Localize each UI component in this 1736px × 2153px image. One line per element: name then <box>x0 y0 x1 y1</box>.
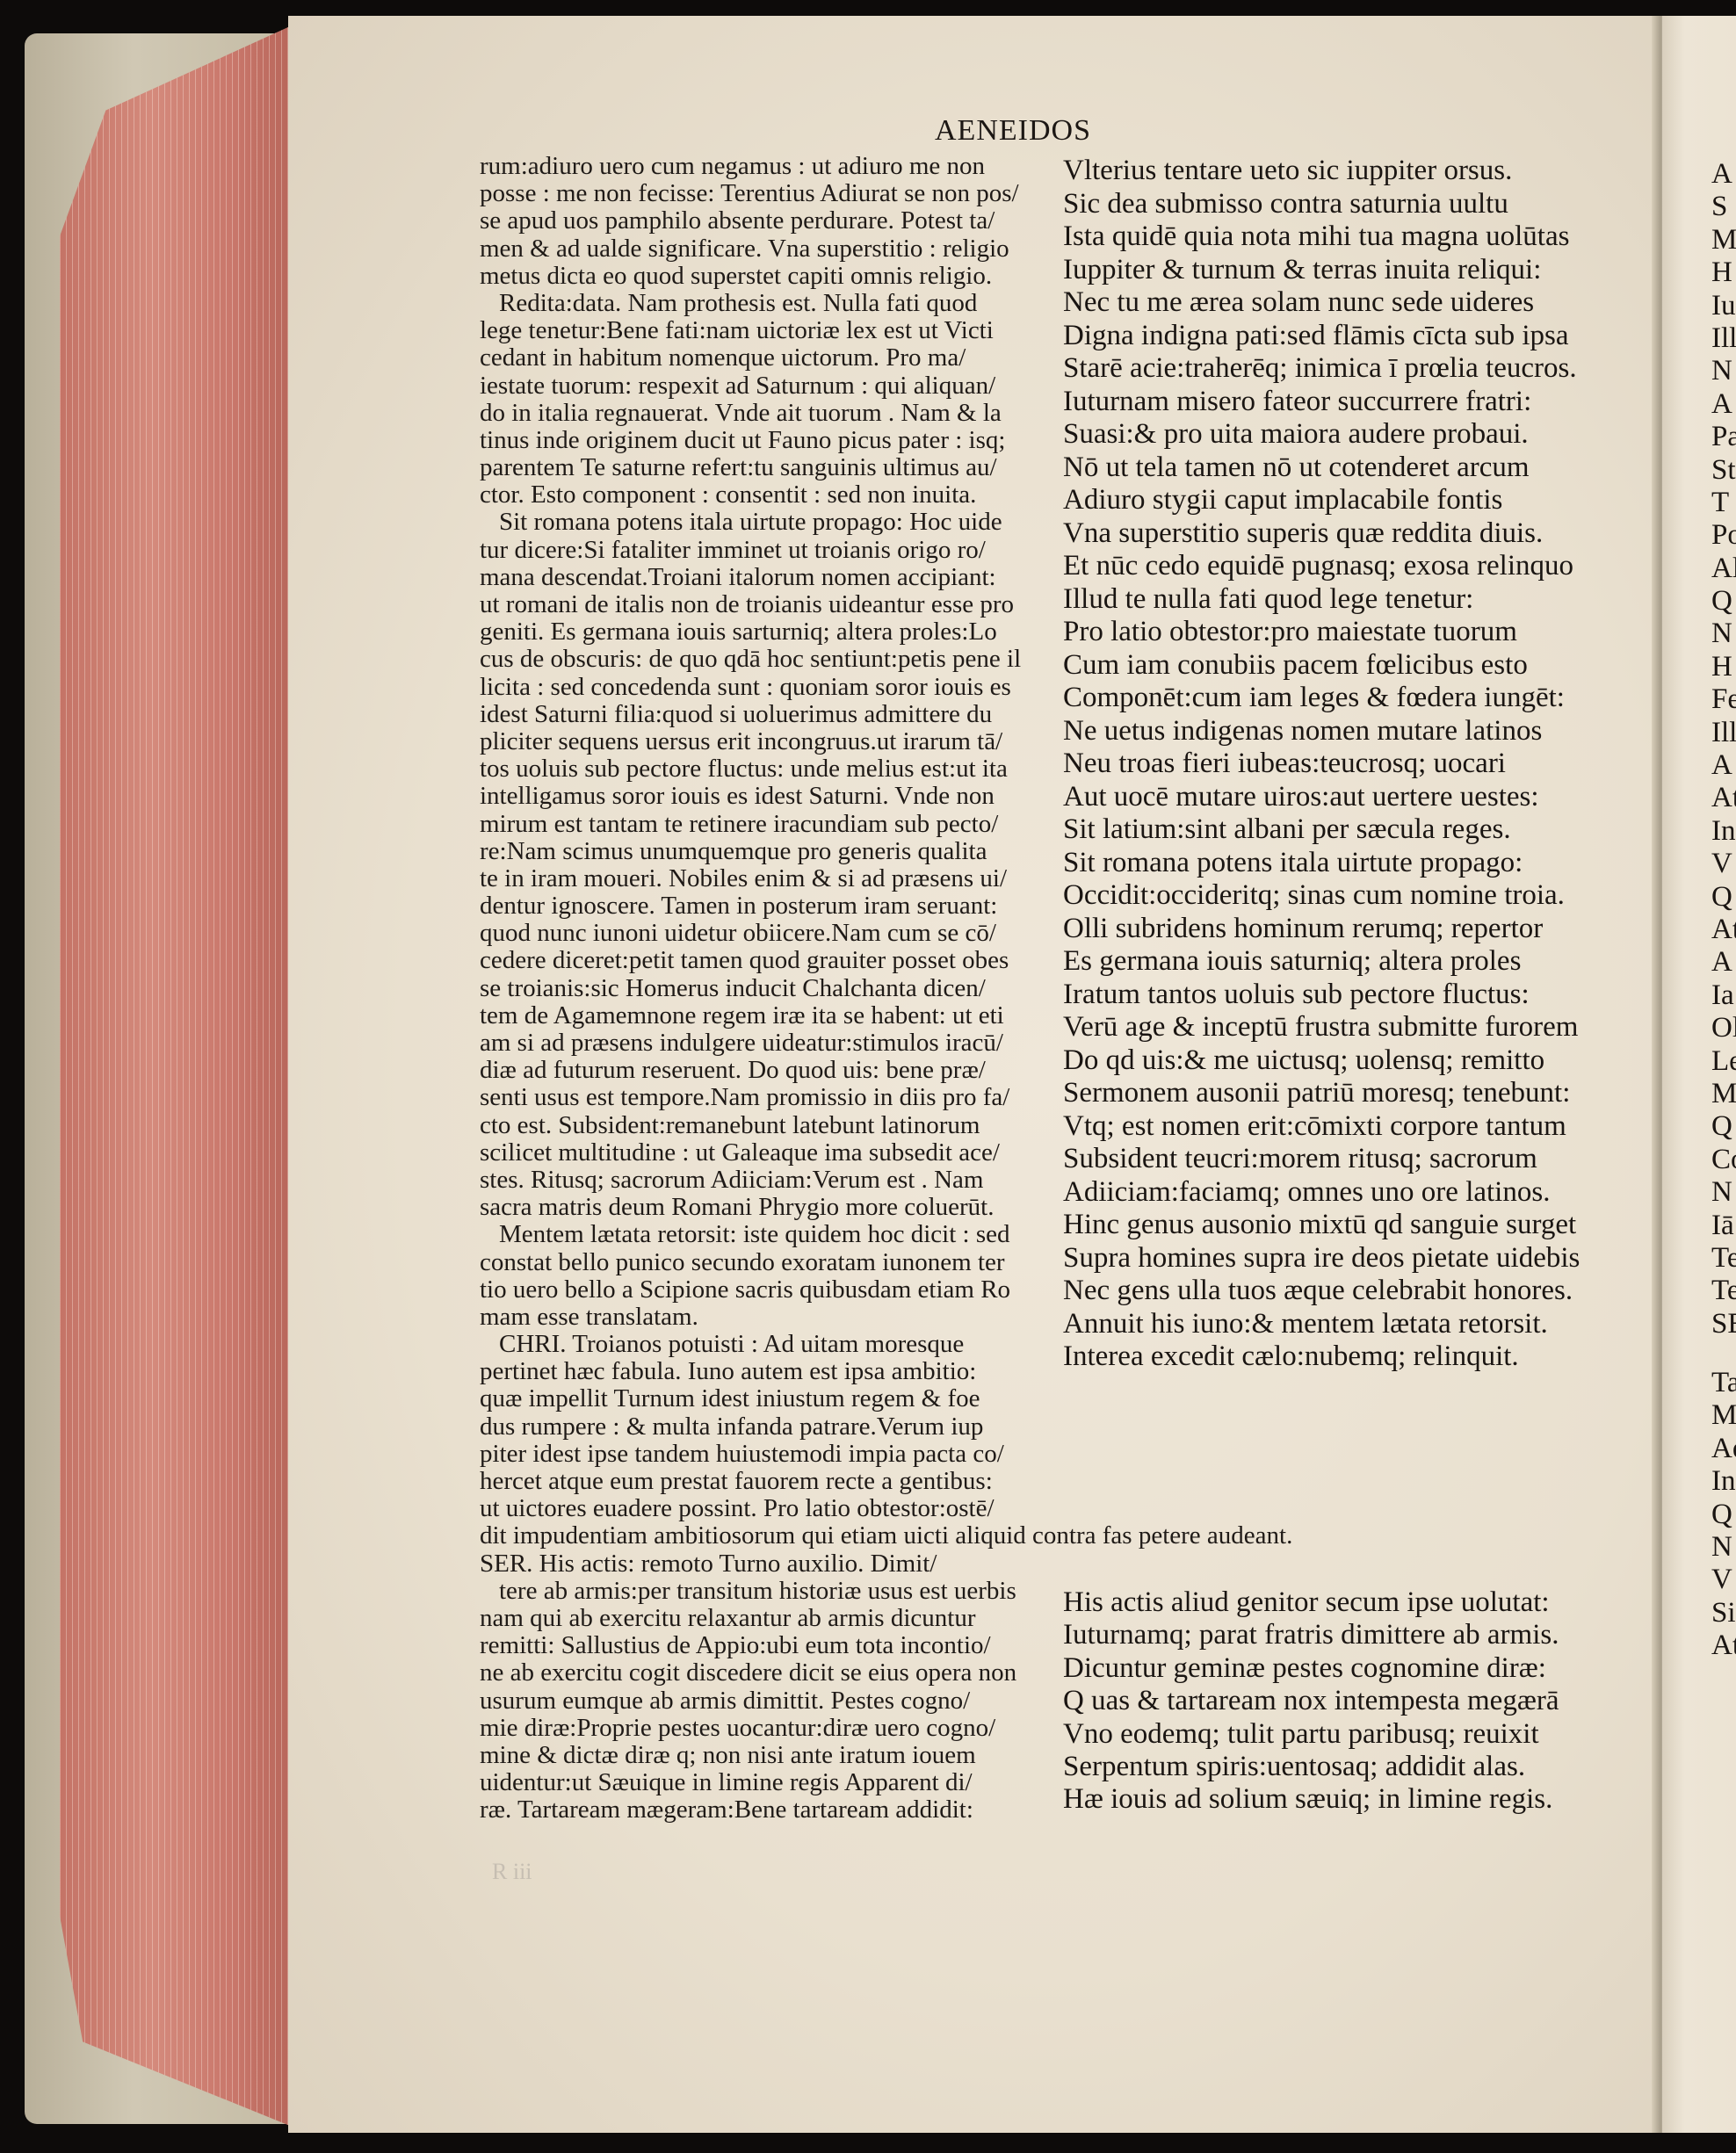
commentary-line: intelligamus soror iouis es idest Saturn… <box>480 783 1052 810</box>
verse-line: Neu troas fieri iubeas:teucrosq; uocari <box>1063 748 1625 781</box>
verse-line: Iuturnamq; parat fratris dimittere ab ar… <box>1063 1619 1625 1651</box>
next-page-line-fragment: Iu <box>1711 290 1736 322</box>
commentary-line: ctor. Esto component : consentit : sed n… <box>480 481 1052 509</box>
next-page-line-fragment: Le <box>1711 1045 1736 1078</box>
verse-column-upper: Vlterius tentare ueto sic iuppiter orsus… <box>1063 155 1625 1374</box>
commentary-line: am si ad præsens indulgere uideatur:stim… <box>480 1030 1052 1057</box>
next-page-line-fragment: H <box>1711 651 1736 683</box>
commentary-line: sacra matris deum Romani Phrygio more co… <box>480 1194 1052 1221</box>
commentary-line: tur dicere:Si fataliter imminet ut troia… <box>480 537 1052 564</box>
next-page-text: ASMHIuIllNAPaStTPoAlQNHFeIllAAtInVQAtAIa… <box>1711 158 1736 1663</box>
next-page-line-fragment: A <box>1711 158 1736 191</box>
commentary-line: re:Nam scimus unumquemque pro generis qu… <box>480 838 1052 865</box>
next-page-line-fragment: Te <box>1711 1242 1736 1275</box>
commentary-line: uidentur:ut Sæuique in limine regis Appa… <box>480 1769 1052 1796</box>
verse-line: Iratum tantos uoluis sub pectore fluctus… <box>1063 979 1625 1012</box>
verse-line: Iuturnam misero fateor succurrere fratri… <box>1063 386 1625 419</box>
next-page-line-fragment: Te <box>1711 1275 1736 1307</box>
next-page-line-fragment: At <box>1711 782 1736 814</box>
next-page-line-fragment: Pa <box>1711 421 1736 453</box>
commentary-line: hercet atque eum prestat fauorem recte a… <box>480 1468 1052 1495</box>
commentary-line: cto est. Subsident:remanebunt latebunt l… <box>480 1112 1052 1139</box>
verse-line: Vlterius tentare ueto sic iuppiter orsus… <box>1063 155 1625 188</box>
commentary-line: metus dicta eo quod superstet capiti omn… <box>480 263 1052 290</box>
commentary-line: pertinet hæc fabula. Iuno autem est ipsa… <box>480 1358 1052 1385</box>
verse-line: Illud te nulla fati quod lege tenetur: <box>1063 583 1625 617</box>
verse-line: Et nūc cedo equidē pugnasq; exosa relinq… <box>1063 550 1625 583</box>
verse-line: Dicuntur geminæ pestes cognomine diræ: <box>1063 1652 1625 1685</box>
verse-line: Interea excedit cælo:nubemq; relinquit. <box>1063 1340 1625 1374</box>
next-page-line-fragment: Q <box>1711 881 1736 914</box>
next-page-line-fragment: N <box>1711 618 1736 650</box>
commentary-line: SER. His actis: remoto Turno auxilio. Di… <box>480 1550 1052 1578</box>
next-page-line-fragment: V <box>1711 1564 1736 1596</box>
next-page-line-fragment: N <box>1711 355 1736 387</box>
commentary-line: mana descendat.Troiani italorum nomen ac… <box>480 564 1052 591</box>
next-page-line-fragment: V <box>1711 848 1736 880</box>
next-page-line-fragment: At <box>1711 914 1736 946</box>
commentary-line: mine & dictæ diræ q; non nisi ante iratu… <box>480 1742 1052 1769</box>
commentary-line: nam qui ab exercitu relaxantur ab armis … <box>480 1605 1052 1632</box>
commentary-line: ut romani de italis non de troianis uide… <box>480 591 1052 618</box>
next-page-line-fragment: Q <box>1711 1110 1736 1143</box>
verse-column-lower: His actis aliud genitor secum ipse uolut… <box>1063 1586 1625 1817</box>
commentary-line: lege tenetur:Bene fati:nam uictoriæ lex … <box>480 317 1052 344</box>
next-page-line-fragment: SE <box>1711 1308 1736 1340</box>
next-page-line-fragment: A <box>1711 749 1736 782</box>
commentary-line: stes. Ritusq; sacrorum Adiiciam:Verum es… <box>480 1167 1052 1194</box>
next-page-line-fragment: Ae <box>1711 1433 1736 1465</box>
verse-line: Subsident teucri:morem ritusq; sacrorum <box>1063 1143 1625 1176</box>
verse-line: Suasi:& pro uita maiora audere probaui. <box>1063 418 1625 452</box>
commentary-line: cedant in habitum nomenque uictorum. Pro… <box>480 344 1052 372</box>
verse-line: Sic dea submisso contra saturnia uultu <box>1063 188 1625 221</box>
commentary-line: do in italia regnauerat. Vnde ait tuorum… <box>480 400 1052 427</box>
next-page-line-fragment: Co <box>1711 1144 1736 1176</box>
commentary-line: tere ab armis:per transitum historiæ usu… <box>480 1578 1052 1605</box>
verse-line: Starē acie:traherēq; inimica ī prœlia te… <box>1063 352 1625 386</box>
commentary-line: parentem Te saturne refert:tu sanguinis … <box>480 454 1052 481</box>
next-page-line-fragment: H <box>1711 256 1736 289</box>
commentary-line: tinus inde originem ducit ut Fauno picus… <box>480 427 1052 454</box>
commentary-line: quæ impellit Turnum idest iniustum regem… <box>480 1385 1052 1412</box>
verse-line: Iuppiter & turnum & terras inuita reliqu… <box>1063 254 1625 287</box>
next-page-line-fragment: Ill <box>1711 717 1736 749</box>
verse-line: Serpentum spiris:uentosaq; addidit alas. <box>1063 1751 1625 1783</box>
commentary-line: mam esse translatam. <box>480 1304 1052 1331</box>
commentary-line: cedere diceret:petit tamen quod grauiter… <box>480 947 1052 974</box>
next-page-line-fragment: N <box>1711 1531 1736 1564</box>
commentary-line: diæ ad futurum reseruent. Do quod uis: b… <box>480 1057 1052 1084</box>
verse-line: Hæ iouis ad solium sæuiq; in limine regi… <box>1063 1783 1625 1816</box>
next-page-line-fragment: St <box>1711 454 1736 487</box>
next-page-line-fragment: Al <box>1711 553 1736 585</box>
next-page-line-fragment: Po <box>1711 519 1736 552</box>
commentary-line: idest Saturni filia:quod si uoluerimus a… <box>480 701 1052 728</box>
commentary-line: rum:adiuro uero cum negamus : ut adiuro … <box>480 153 1052 180</box>
next-page-line-fragment: Ol <box>1711 1012 1736 1044</box>
red-stained-page-edges <box>60 26 290 2126</box>
next-page-line-fragment: Iā <box>1711 1210 1736 1242</box>
verse-line: Q uas & tartaream nox intempesta megærā <box>1063 1685 1625 1717</box>
commentary-line: licita : sed concedenda sunt : quoniam s… <box>480 674 1052 701</box>
commentary-line: quod nunc iunoni uidetur obiicere.Nam cu… <box>480 920 1052 947</box>
next-page-line-fragment: T <box>1711 487 1736 519</box>
commentary-line: mirum est tantam te retinere iracundiam … <box>480 811 1052 838</box>
commentary-line: Redita:data. Nam prothesis est. Nulla fa… <box>480 290 1052 317</box>
commentary-line: posse : me non fecisse: Terentius Adiura… <box>480 180 1052 207</box>
next-page-line-fragment: A <box>1711 388 1736 421</box>
commentary-line: dus rumpere : & multa infanda patrare.Ve… <box>480 1413 1052 1441</box>
verse-line: His actis aliud genitor secum ipse uolut… <box>1063 1586 1625 1619</box>
verse-line: Sermonem ausonii patriū moresq; tenebunt… <box>1063 1077 1625 1110</box>
next-page-line-fragment: S <box>1711 191 1736 223</box>
next-page-line-fragment: A <box>1711 946 1736 979</box>
commentary-line: cus de obscuris: de quo qdā hoc sentiunt… <box>480 646 1052 673</box>
verse-line: Ne uetus indigenas nomen mutare latinos <box>1063 715 1625 748</box>
commentary-line: mie diræ:Proprie pestes uocantur:diræ ue… <box>480 1715 1052 1742</box>
verse-line: Vna superstitio superis quæ reddita diui… <box>1063 517 1625 551</box>
verse-line: Aut uocē mutare uiros:aut uertere uestes… <box>1063 781 1625 814</box>
next-page-line-fragment: At <box>1711 1629 1736 1662</box>
running-head: AENEIDOS <box>935 114 1091 148</box>
commentary-line: ut uictores euadere possint. Pro latio o… <box>480 1495 1052 1522</box>
commentary-line: senti usus est tempore.Nam promissio in … <box>480 1084 1052 1111</box>
commentary-line: ne ab exercitu cogit discedere dicit se … <box>480 1659 1052 1687</box>
verse-line: Vtq; est nomen erit:cōmixti corpore tant… <box>1063 1110 1625 1144</box>
next-page-line-fragment: Q <box>1711 1499 1736 1531</box>
verse-line: Do qd uis:& me uictusq; uolensq; remitto <box>1063 1044 1625 1078</box>
commentary-line: remitti: Sallustius de Appio:ubi eum tot… <box>480 1632 1052 1659</box>
verse-line: Nec gens ulla tuos æque celebrabit honor… <box>1063 1275 1625 1308</box>
commentary-line: men & ad ualde significare. Vna supersti… <box>480 235 1052 263</box>
verse-line: Adiiciam:faciamq; omnes uno ore latinos. <box>1063 1176 1625 1210</box>
commentary-line: tos uoluis sub pectore fluctus: unde mel… <box>480 755 1052 783</box>
commentary-line: CHRI. Troianos potuisti : Ad uitam mores… <box>480 1331 1052 1358</box>
next-page-line-fragment: Ta <box>1711 1367 1736 1399</box>
verse-line: Occidit:occideritq; sinas cum nomine tro… <box>1063 879 1625 913</box>
next-page-line-fragment: Fe <box>1711 683 1736 716</box>
verse-line: Sit romana potens itala uirtute propago: <box>1063 847 1625 880</box>
commentary-line: se troianis:sic Homerus inducit Chalchan… <box>480 975 1052 1002</box>
next-page-line-fragment: M <box>1711 1399 1736 1432</box>
commentary-line: te in iram moueri. Nobiles enim & si ad … <box>480 865 1052 892</box>
verse-line: Supra homines supra ire deos pietate uid… <box>1063 1242 1625 1275</box>
verse-line: Verū age & inceptū frustra submitte furo… <box>1063 1011 1625 1044</box>
next-page-line-fragment: Ia <box>1711 979 1736 1012</box>
next-page-line-fragment: N <box>1711 1176 1736 1209</box>
verse-line: Ista quidē quia nota mihi tua magna uolū… <box>1063 220 1625 254</box>
verse-line: Es germana iouis saturniq; altera proles <box>1063 945 1625 979</box>
verse-line: Sit latium:sint albani per sæcula reges. <box>1063 813 1625 847</box>
signature-mark-showthrough: R iii <box>492 1859 532 1885</box>
next-page-line-fragment: M <box>1711 1078 1736 1110</box>
next-page-line-fragment: In <box>1711 815 1736 848</box>
next-page-line-fragment: Q <box>1711 585 1736 618</box>
next-page-line-fragment: Si <box>1711 1597 1736 1629</box>
commentary-line: dit impudentiam ambitiosorum qui etiam u… <box>480 1522 1052 1550</box>
commentary-column: rum:adiuro uero cum negamus : ut adiuro … <box>480 153 1052 1824</box>
commentary-line: constat bello punico secundo exoratam iu… <box>480 1249 1052 1276</box>
verse-line: Componēt:cum iam leges & fœdera iungēt: <box>1063 682 1625 715</box>
next-page-line-fragment: Ill <box>1711 322 1736 355</box>
commentary-line: tem de Agamemnone regem iræ ita se haben… <box>480 1002 1052 1030</box>
commentary-line: Mentem lætata retorsit: iste quidem hoc … <box>480 1221 1052 1248</box>
commentary-line: pliciter sequens uersus erit incongruus.… <box>480 728 1052 755</box>
commentary-line: piter idest ipse tandem huiustemodi impi… <box>480 1441 1052 1468</box>
verse-line: Adiuro stygii caput implacabile fontis <box>1063 484 1625 517</box>
commentary-line: tio uero bello a Scipione sacris quibusd… <box>480 1276 1052 1304</box>
verse-line: Digna indigna pati:sed flāmis cīcta sub … <box>1063 320 1625 353</box>
verse-line: Hinc genus ausonio mixtū qd sanguie surg… <box>1063 1209 1625 1242</box>
verse-line: Cum iam conubiis pacem fœlicibus esto <box>1063 649 1625 683</box>
commentary-line: se apud uos pamphilo absente perdurare. … <box>480 207 1052 235</box>
commentary-line: ræ. Tartaream mægeram:Bene tartaream add… <box>480 1796 1052 1824</box>
verse-line: Annuit his iuno:& mentem lætata retorsit… <box>1063 1308 1625 1341</box>
verse-line: Nō ut tela tamen nō ut cotenderet arcum <box>1063 452 1625 485</box>
commentary-line: Sit romana potens itala uirtute propago:… <box>480 509 1052 536</box>
commentary-line: dentur ignoscere. Tamen in posterum iram… <box>480 892 1052 920</box>
commentary-line: geniti. Es germana iouis sarturniq; alte… <box>480 618 1052 646</box>
commentary-line: scilicet multitudine : ut Galeaque ima s… <box>480 1139 1052 1167</box>
verse-line: Olli subridens hominum rerumq; repertor <box>1063 913 1625 946</box>
verse-line: Vno eodemq; tulit partu paribusq; reuixi… <box>1063 1718 1625 1751</box>
verse-line: Pro latio obtestor:pro maiestate tuorum <box>1063 616 1625 649</box>
next-page-line-fragment: In <box>1711 1465 1736 1498</box>
commentary-line: usurum eumque ab armis dimittit. Pestes … <box>480 1687 1052 1715</box>
commentary-line: iestate tuorum: respexit ad Saturnum : q… <box>480 372 1052 400</box>
next-page-line-fragment: M <box>1711 224 1736 256</box>
verse-line: Nec tu me ærea solam nunc sede uideres <box>1063 286 1625 320</box>
